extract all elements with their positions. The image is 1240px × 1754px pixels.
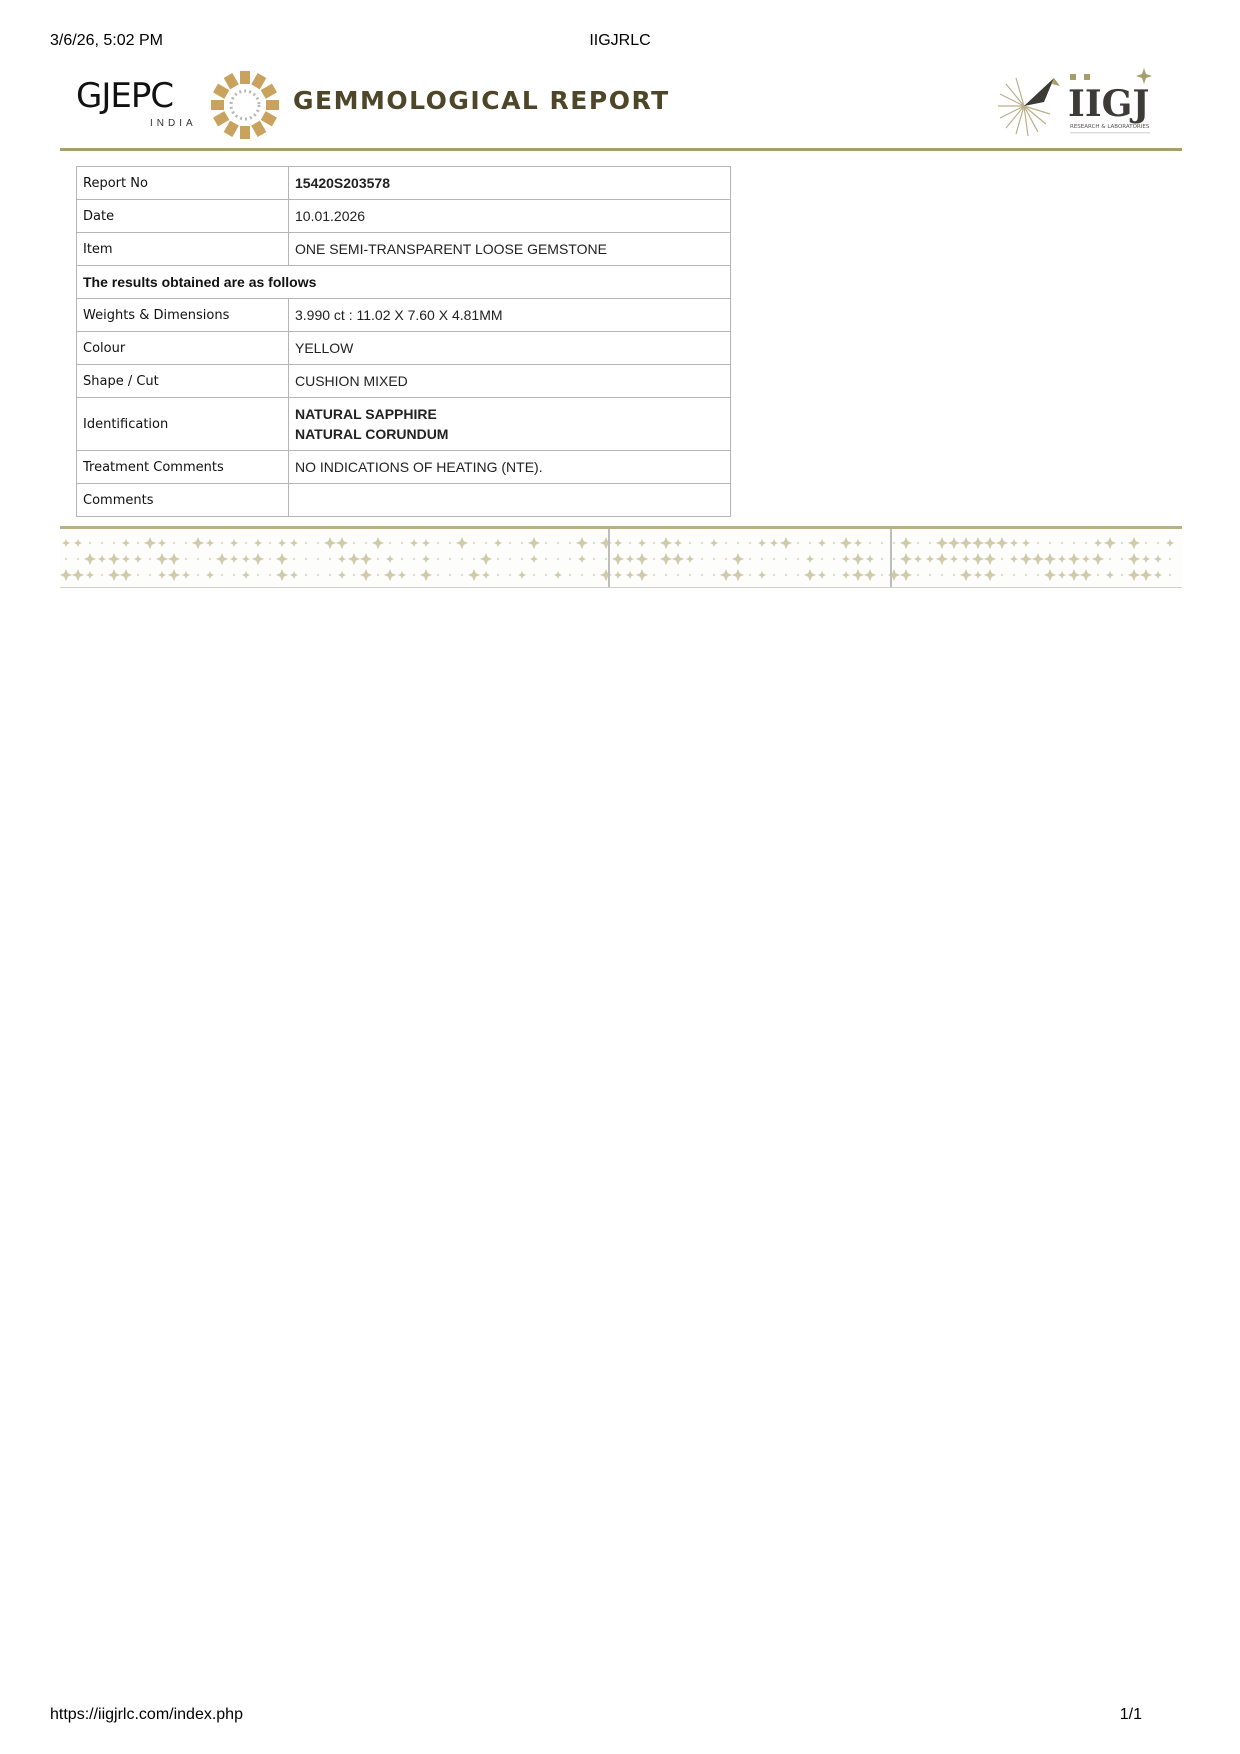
print-page-number: 1/1 [1120,1706,1142,1724]
date-value: 10.01.2026 [289,200,731,233]
table-row: Treatment Comments NO INDICATIONS OF HEA… [77,451,731,484]
table-row: Comments [77,484,731,517]
gjepc-logo-text: GJEPC [76,76,173,116]
report-table: Report No 15420S203578 Date 10.01.2026 I… [76,166,731,517]
comments-value [289,484,731,517]
print-footer: https://iigjrlc.com/index.php 1/1 [50,1706,1190,1726]
item-value: ONE SEMI-TRANSPARENT LOOSE GEMSTONE [289,233,731,266]
shape-value: CUSHION MIXED [289,365,731,398]
print-page-title: IIGJRLC [50,32,1190,50]
treatment-value: NO INDICATIONS OF HEATING (NTE). [289,451,731,484]
weights-label: Weights & Dimensions [77,299,289,332]
identification-label: Identification [77,398,289,451]
iigj-logo-subtext: RESEARCH & LABORATORIES [1070,124,1150,130]
sunburst-icon [210,70,280,140]
table-row: The results obtained are as follows [77,266,731,299]
colour-value: YELLOW [289,332,731,365]
gjepc-logo: GJEPC INDIA [76,70,276,142]
table-row: Item ONE SEMI-TRANSPARENT LOOSE GEMSTONE [77,233,731,266]
iigj-logo: IIGJ RESEARCH & LABORATORIES [994,68,1164,144]
date-label: Date [77,200,289,233]
report-title: GEMMOLOGICAL REPORT [293,86,670,115]
report-header: GJEPC INDIA GEMMOLOGICAL REPORT [60,62,1182,151]
identification-line: NATURAL SAPPHIRE [295,404,724,424]
table-row: Identification NATURAL SAPPHIRE NATURAL … [77,398,731,451]
colour-label: Colour [77,332,289,365]
gjepc-logo-subtext: INDIA [150,118,197,129]
band-divider [608,529,610,587]
results-heading: The results obtained are as follows [77,266,731,299]
print-url: https://iigjrlc.com/index.php [50,1706,243,1724]
comments-label: Comments [77,484,289,517]
iigj-logo-text: IIGJ [1068,83,1149,125]
print-header: 3/6/26, 5:02 PM IIGJRLC [50,32,1190,52]
band-divider [890,529,892,587]
report-no-label: Report No [77,167,289,200]
item-label: Item [77,233,289,266]
decorative-star-band [60,526,1182,588]
table-row: Report No 15420S203578 [77,167,731,200]
identification-value: NATURAL SAPPHIRE NATURAL CORUNDUM [289,398,731,451]
table-row: Date 10.01.2026 [77,200,731,233]
sparkle-pattern-icon [60,529,1182,587]
shape-label: Shape / Cut [77,365,289,398]
weights-value: 3.990 ct : 11.02 X 7.60 X 4.81MM [289,299,731,332]
table-row: Colour YELLOW [77,332,731,365]
report-no-value: 15420S203578 [289,167,731,200]
table-row: Weights & Dimensions 3.990 ct : 11.02 X … [77,299,731,332]
table-row: Shape / Cut CUSHION MIXED [77,365,731,398]
treatment-label: Treatment Comments [77,451,289,484]
identification-line: NATURAL CORUNDUM [295,424,724,444]
